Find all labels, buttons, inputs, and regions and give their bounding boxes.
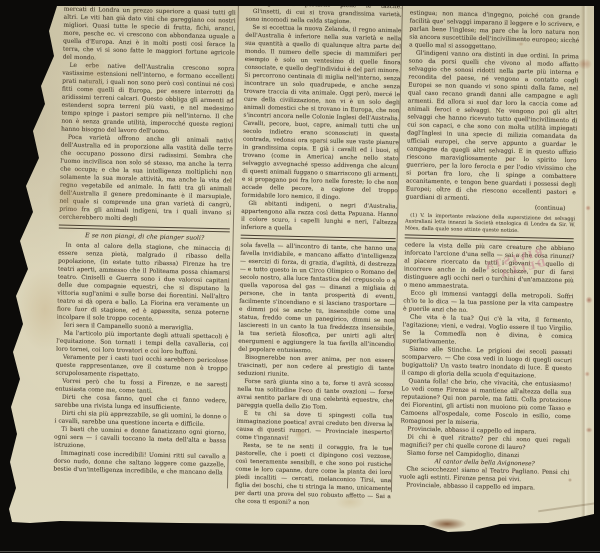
paragraph: sola favella — all'incontro di tante, ch… [238,242,397,358]
paragraph: Resta, se te ne senti il coraggio, fra l… [235,442,392,510]
column-2: al segno da portarne piene le tasche.Gl'… [235,0,402,509]
paragraph: E tu chi sa dove ti spingesti colla tua … [236,410,393,446]
paragraph: Siamo alle Stinche. Le prigioni dei seco… [401,346,572,382]
paragraph: Forse sarà giunta sino a te, forse ti av… [237,378,394,414]
page-content: mercati di Londra un prezzo superiore a … [0,0,600,553]
paragraph: cedere la vista delle più care creature … [403,242,574,294]
section-rule [241,235,396,243]
newspaper-page: mercati di Londra un prezzo superiore a … [0,0,600,553]
paragraph: Bisognerebbe non aver anima, per non ess… [237,354,394,382]
column-1: mercati di Londra un prezzo superiore a … [53,6,236,478]
scan-background: mercati di Londra un prezzo superiore a … [0,0,600,553]
paragraph: Gli abitanti indigeni, o negri d'Austral… [241,200,398,236]
screenshot-root: { "document": { "kind": "scanned 19th-ce… [0,0,600,553]
paragraph: Le erbe native dell'Australia crescono s… [61,62,235,138]
paragraph: Che vita è la tua? Qui c'è la vita, il f… [402,314,573,350]
paragraph: Gl'indigeni vanno ora distinti in due or… [405,49,578,205]
footnote: (1) V. la importante relazione della sup… [405,212,575,235]
scan-edge-line [0,551,600,552]
paragraph: estingua; non manca d'ingegno, poiché co… [409,9,580,53]
paragraph: Poca varietà offrono anche gli animali n… [59,134,233,226]
paragraph: Se si eccettua la nuova Zelanda, il regn… [241,24,401,203]
paragraph: mercati di Londra un prezzo superiore a … [63,6,236,66]
paragraph: Immaginati cose incredibili! Uomini ritt… [53,449,226,477]
column-3: estingua; non manca d'ingegno, poiché co… [399,9,580,493]
paragraph: Quanta folla! che brio, che vivacità, ch… [400,378,571,430]
paragraph: In onta al calore della stagione, che mi… [57,242,231,326]
